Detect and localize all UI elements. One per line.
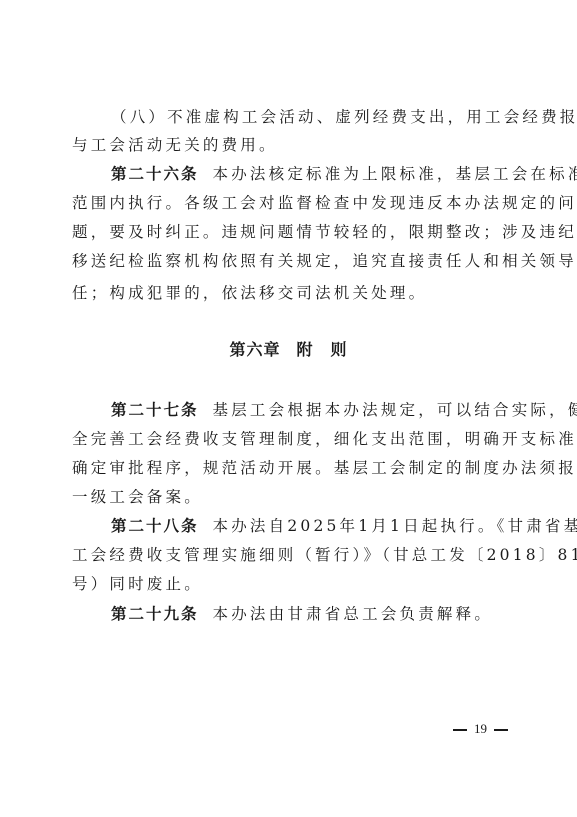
paragraph-item-8-line-2: 与工会活动无关的费用。 [72, 131, 504, 160]
article-28-line-1: 第二十八条本办法自2025年1月1日起执行。《甘肃省基层 [72, 512, 504, 541]
paragraph-item-8-line-1: （八）不准虚构工会活动、虚列经费支出，用工会经费报销 [72, 103, 504, 132]
article-28-label: 第二十八条 [111, 517, 199, 535]
article-27-text: 基层工会根据本办法规定，可以结合实际，健 [213, 401, 577, 419]
chapter-heading: 第六章附 则 [0, 337, 577, 360]
page-number: 19 [446, 721, 515, 737]
article-26-line-1: 第二十六条本办法核定标准为上限标准，基层工会在标准 [72, 160, 504, 189]
article-26-text: 本办法核定标准为上限标准，基层工会在标准 [213, 165, 577, 183]
article-26-line-3: 题，要及时纠正。违规问题情节较轻的，限期整改；涉及违纪的， [72, 218, 504, 247]
article-27-line-4: 一级工会备案。 [72, 483, 504, 512]
article-28-line-3: 号）同时废止。 [72, 570, 504, 599]
article-27-label: 第二十七条 [111, 401, 199, 419]
article-29-line-1: 第二十九条本办法由甘肃省总工会负责解释。 [72, 600, 504, 629]
article-26-line-4: 移送纪检监察机构依照有关规定，追究直接责任人和相关领导责 [72, 247, 504, 276]
page-number-value: 19 [474, 721, 487, 736]
dash-right [494, 729, 508, 731]
dash-left [453, 729, 467, 731]
chapter-number: 第六章 [229, 340, 280, 359]
article-28-text: 本办法自2025年1月1日起执行。《甘肃省基层 [213, 517, 577, 535]
article-26-line-2: 范围内执行。各级工会对监督检查中发现违反本办法规定的问 [72, 189, 504, 218]
article-27-line-3: 确定审批程序，规范活动开展。基层工会制定的制度办法须报上 [72, 454, 504, 483]
article-26-label: 第二十六条 [111, 165, 199, 183]
chapter-title: 附 则 [297, 340, 348, 359]
article-29-text: 本办法由甘肃省总工会负责解释。 [213, 605, 494, 623]
article-28-line-2: 工会经费收支管理实施细则（暂行）》（甘总工发〔2018〕81 [72, 541, 504, 570]
article-26-line-5: 任；构成犯罪的，依法移交司法机关处理。 [72, 279, 504, 308]
article-29-label: 第二十九条 [111, 605, 199, 623]
article-27-line-1: 第二十七条基层工会根据本办法规定，可以结合实际，健 [72, 396, 504, 425]
document-page: （八）不准虚构工会活动、虚列经费支出，用工会经费报销 与工会活动无关的费用。 第… [0, 0, 577, 817]
article-27-line-2: 全完善工会经费收支管理制度，细化支出范围，明确开支标准， [72, 425, 504, 454]
